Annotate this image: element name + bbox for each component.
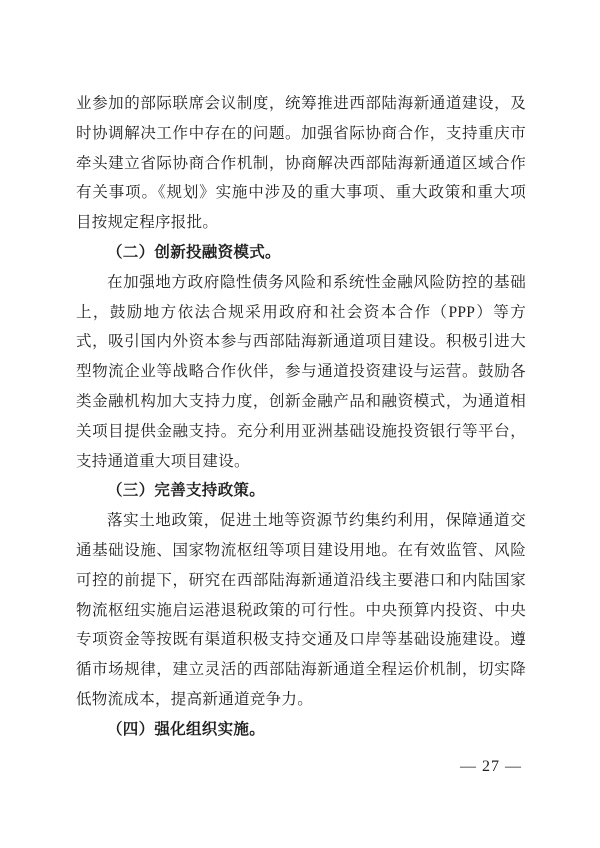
page-sheet: 业参加的部际联席会议制度，统筹推进西部陆海新通道建设，及时协调解决工作中存在的问… [0, 0, 600, 848]
document-page: { "document": { "background_color": "#ff… [0, 0, 600, 848]
section-2-paragraph: 在加强地方政府隐性债务风险和系统性金融风险防控的基础上，鼓励地方依法合规采用政府… [76, 268, 526, 477]
section-2-heading: （二）创新投融资模式。 [76, 238, 526, 268]
section-4-heading: （四）强化组织实施。 [76, 715, 526, 745]
section-3-heading: （三）完善支持政策。 [76, 476, 526, 506]
page-number: — 27 — [460, 757, 522, 777]
section-3-paragraph: 落实土地政策，促进土地等资源节约集约利用，保障通道交通基础设施、国家物流枢纽等项… [76, 506, 526, 715]
paragraph-continuation: 业参加的部际联席会议制度，统筹推进西部陆海新通道建设，及时协调解决工作中存在的问… [76, 89, 526, 238]
document-text-block: 业参加的部际联席会议制度，统筹推进西部陆海新通道建设，及时协调解决工作中存在的问… [76, 89, 526, 745]
